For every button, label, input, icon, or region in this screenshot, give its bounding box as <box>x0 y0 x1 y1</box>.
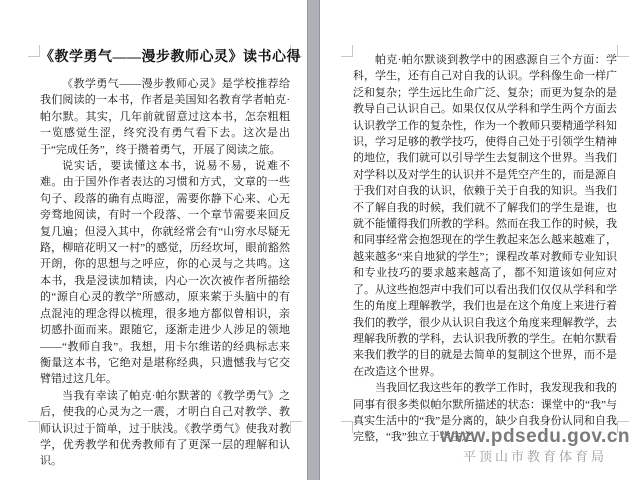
text-boundary-mark <box>290 421 302 433</box>
document-title[interactable]: 《教学勇气——漫步教师心灵》读书心得 <box>40 48 290 68</box>
text-boundary-mark <box>341 421 353 433</box>
document-page-left[interactable]: 《教学勇气——漫步教师心灵》读书心得 《教学勇气——漫步教师心灵》是学校推荐给我… <box>0 0 308 480</box>
paragraph[interactable]: 当我有幸读了帕克·帕尔默著的《教学勇气》之后，使我的心灵为之一震，才明白自己对教… <box>40 388 290 470</box>
paragraph[interactable]: 说实话，要读懂这本书，说易不易，说难不难。由于国外作者表达的习惯和方式，文章的一… <box>40 158 290 388</box>
paragraph[interactable]: 《教学勇气——漫步教师心灵》是学校推荐给我们阅读的一本书，作者是美国知名教育学者… <box>40 76 290 158</box>
watermark-url-text: www.pdsedu.gov.cn <box>440 426 630 447</box>
text-boundary-mark <box>28 421 40 433</box>
text-boundary-mark <box>28 45 40 57</box>
watermark-org-text: 平顶山市教育体育局 <box>440 448 630 466</box>
site-watermark: www.pdsedu.gov.cn 平顶山市教育体育局 <box>440 426 630 466</box>
document-page-right[interactable]: 帕克·帕尔默谈到教学中的困惑源自三个方面：学科，学生，还有自己对自我的认识。学科… <box>319 0 640 480</box>
right-page-text-area: 帕克·帕尔默谈到教学中的困惑源自三个方面：学科，学生，还有自己对自我的认识。学科… <box>353 52 617 446</box>
text-boundary-mark <box>617 45 629 57</box>
text-boundary-mark <box>341 45 353 57</box>
left-page-text-area: 《教学勇气——漫步教师心灵》读书心得 《教学勇气——漫步教师心灵》是学校推荐给我… <box>40 48 290 470</box>
paragraph[interactable]: 帕克·帕尔默谈到教学中的困惑源自三个方面：学科，学生，还有自己对自我的认识。学科… <box>353 52 617 380</box>
